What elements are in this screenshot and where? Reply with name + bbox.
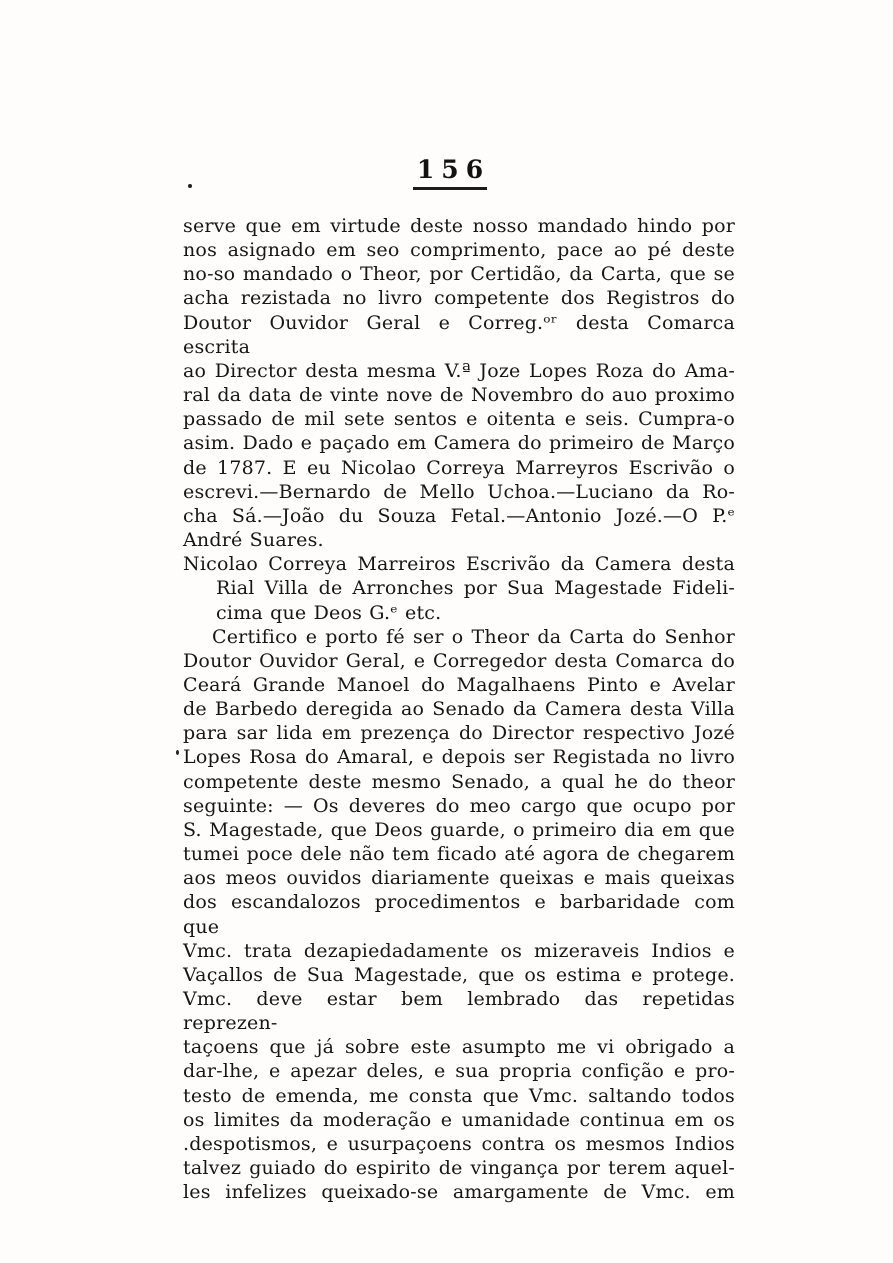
text-line: Lopes Rosa do Amaral, e depois ser Regis…: [183, 745, 735, 769]
text-line: nos asignado em seo comprimento, pace ao…: [183, 238, 735, 262]
scanned-book-page: 156 serve que em virtude deste nosso man…: [0, 0, 893, 1263]
text-block: serve que em virtude deste nosso mandado…: [183, 214, 735, 1204]
text-line: acha rezistada no livro competente dos R…: [183, 286, 735, 310]
text-line: Vaçallos de Sua Magestade, que os estima…: [183, 963, 735, 987]
text-line: competente deste mesmo Senado, a qual he…: [183, 770, 735, 794]
text-line: escrevi.—Bernardo de Mello Uchoa.—Lucian…: [183, 480, 735, 504]
text-line: Certifico e porto fé ser o Theor da Cart…: [183, 625, 735, 649]
text-line: seguinte: — Os deveres do meo cargo que …: [183, 794, 735, 818]
text-line: serve que em virtude deste nosso mandado…: [183, 214, 735, 238]
text-line: taçoens que já sobre este asumpto me vi …: [183, 1035, 735, 1059]
text-line: les infelizes queixado-se amargamente de…: [183, 1180, 735, 1204]
text-line: .despotismos, e usurpaçoens contra os me…: [183, 1132, 735, 1156]
text-line: dar-lhe, e apezar deles, e sua propria c…: [183, 1059, 735, 1083]
scan-artifact-dot: [188, 184, 192, 188]
text-line: Nicolao Correya Marreiros Escrivão da Ca…: [183, 552, 735, 576]
text-line: ral da data de vinte nove de Novembro do…: [183, 383, 735, 407]
text-line: tumei poce dele não tem ficado até agora…: [183, 842, 735, 866]
text-line: testo de emenda, me consta que Vmc. salt…: [183, 1084, 735, 1108]
text-line: talvez guiado do espirito de vingança po…: [183, 1156, 735, 1180]
text-line: cha Sá.—João du Souza Fetal.—Antonio Joz…: [183, 504, 735, 528]
scan-artifact-dot: [176, 750, 179, 755]
text-line: Ceará Grande Manoel do Magalhaens Pinto …: [183, 673, 735, 697]
text-line: para sar lida em prezença do Director re…: [183, 721, 735, 745]
text-line: aos meos ouvidos diariamente queixas e m…: [183, 866, 735, 890]
text-line: André Suares.: [183, 528, 735, 552]
text-line: asim. Dado e paçado em Camera do primeir…: [183, 431, 735, 455]
text-line: cima que Deos G.ᵉ etc.: [183, 601, 735, 625]
text-line: ao Director desta mesma V.ª Joze Lopes R…: [183, 359, 735, 383]
paragraph-continuation: serve que em virtude deste nosso mandado…: [183, 214, 735, 552]
text-line: S. Magestade, que Deos guarde, o primeir…: [183, 818, 735, 842]
text-line: Rial Villa de Arronches por Sua Magestad…: [183, 576, 735, 600]
text-line: dos escandalozos procedimentos e barbari…: [183, 890, 735, 938]
text-line: Vmc. deve estar bem lembrado das repetid…: [183, 987, 735, 1035]
page-header: 156: [0, 155, 893, 190]
paragraph-certification: Certifico e porto fé ser o Theor da Cart…: [183, 625, 735, 1205]
text-line: no-so mandado o Theor, por Certidão, da …: [183, 262, 735, 286]
text-line: Vmc. trata dezapiedadamente os mizeravei…: [183, 939, 735, 963]
paragraph-attestation: Nicolao Correya Marreiros Escrivão da Ca…: [183, 552, 735, 624]
text-line: Doutor Ouvidor Geral e Correg.ᵒʳ desta C…: [183, 311, 735, 359]
text-line: de 1787. E eu Nicolao Correya Marreyros …: [183, 456, 735, 480]
text-line: Doutor Ouvidor Geral, e Corregedor desta…: [183, 649, 735, 673]
page-number: 156: [410, 155, 490, 184]
text-line: de Barbedo deregida ao Senado da Camera …: [183, 697, 735, 721]
text-line: os limites da moderação e umanidade cont…: [183, 1108, 735, 1132]
text-line: passado de mil sete sentos e oitenta e s…: [183, 407, 735, 431]
page-number-underline: [413, 187, 487, 190]
